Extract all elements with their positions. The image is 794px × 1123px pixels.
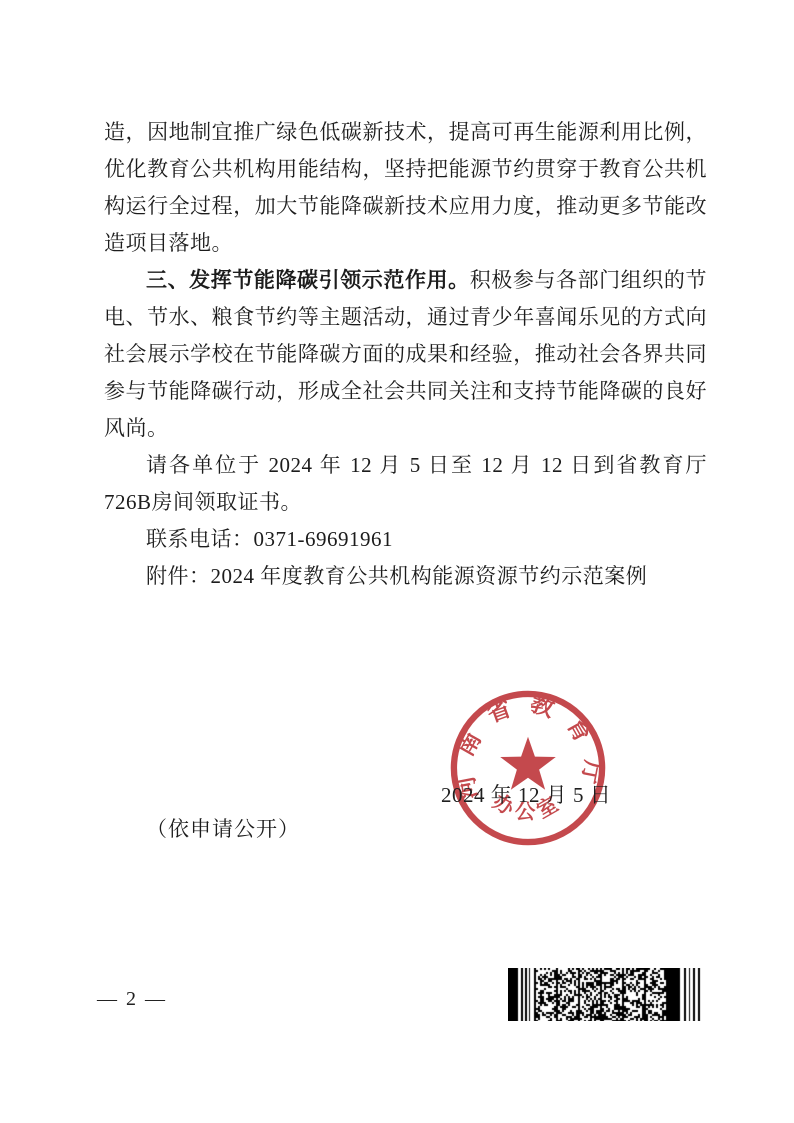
body-paragraph-text: 积极参与各部门组织的节电、节水、粮食节约等主题活动，通过青少年喜闻乐见的方式向社… — [104, 268, 707, 440]
contact-phone-line: 联系电话：0371-69691961 — [104, 521, 707, 558]
official-seal: 河南省教育厅 办公室 — [450, 690, 606, 846]
section-heading: 三、发挥节能降碳引领示范作用。 — [146, 269, 470, 292]
body-paragraph: 三、发挥节能降碳引领示范作用。积极参与各部门组织的节电、节水、粮食节约等主题活动… — [104, 262, 707, 447]
seal-star-icon — [500, 737, 556, 790]
page-number: — 2 — — [97, 988, 167, 1010]
publicity-note: （依申请公开） — [146, 817, 300, 841]
body-paragraph: 请各单位于 2024 年 12 月 5 日至 12 月 12 日到省教育厅 72… — [104, 447, 707, 521]
barcode-image — [508, 968, 701, 1021]
body-paragraph: 造，因地制宜推广绿色低碳新技术，提高可再生能源利用比例，优化教育公共机构用能结构… — [104, 114, 707, 262]
attachment-line: 附件：2024 年度教育公共机构能源资源节约示范案例 — [104, 558, 707, 595]
document-date: 2024 年 12 月 5 日 — [441, 783, 611, 807]
document-page: 造，因地制宜推广绿色低碳新技术，提高可再生能源利用比例，优化教育公共机构用能结构… — [0, 0, 794, 1123]
document-body: 造，因地制宜推广绿色低碳新技术，提高可再生能源利用比例，优化教育公共机构用能结构… — [104, 114, 707, 595]
